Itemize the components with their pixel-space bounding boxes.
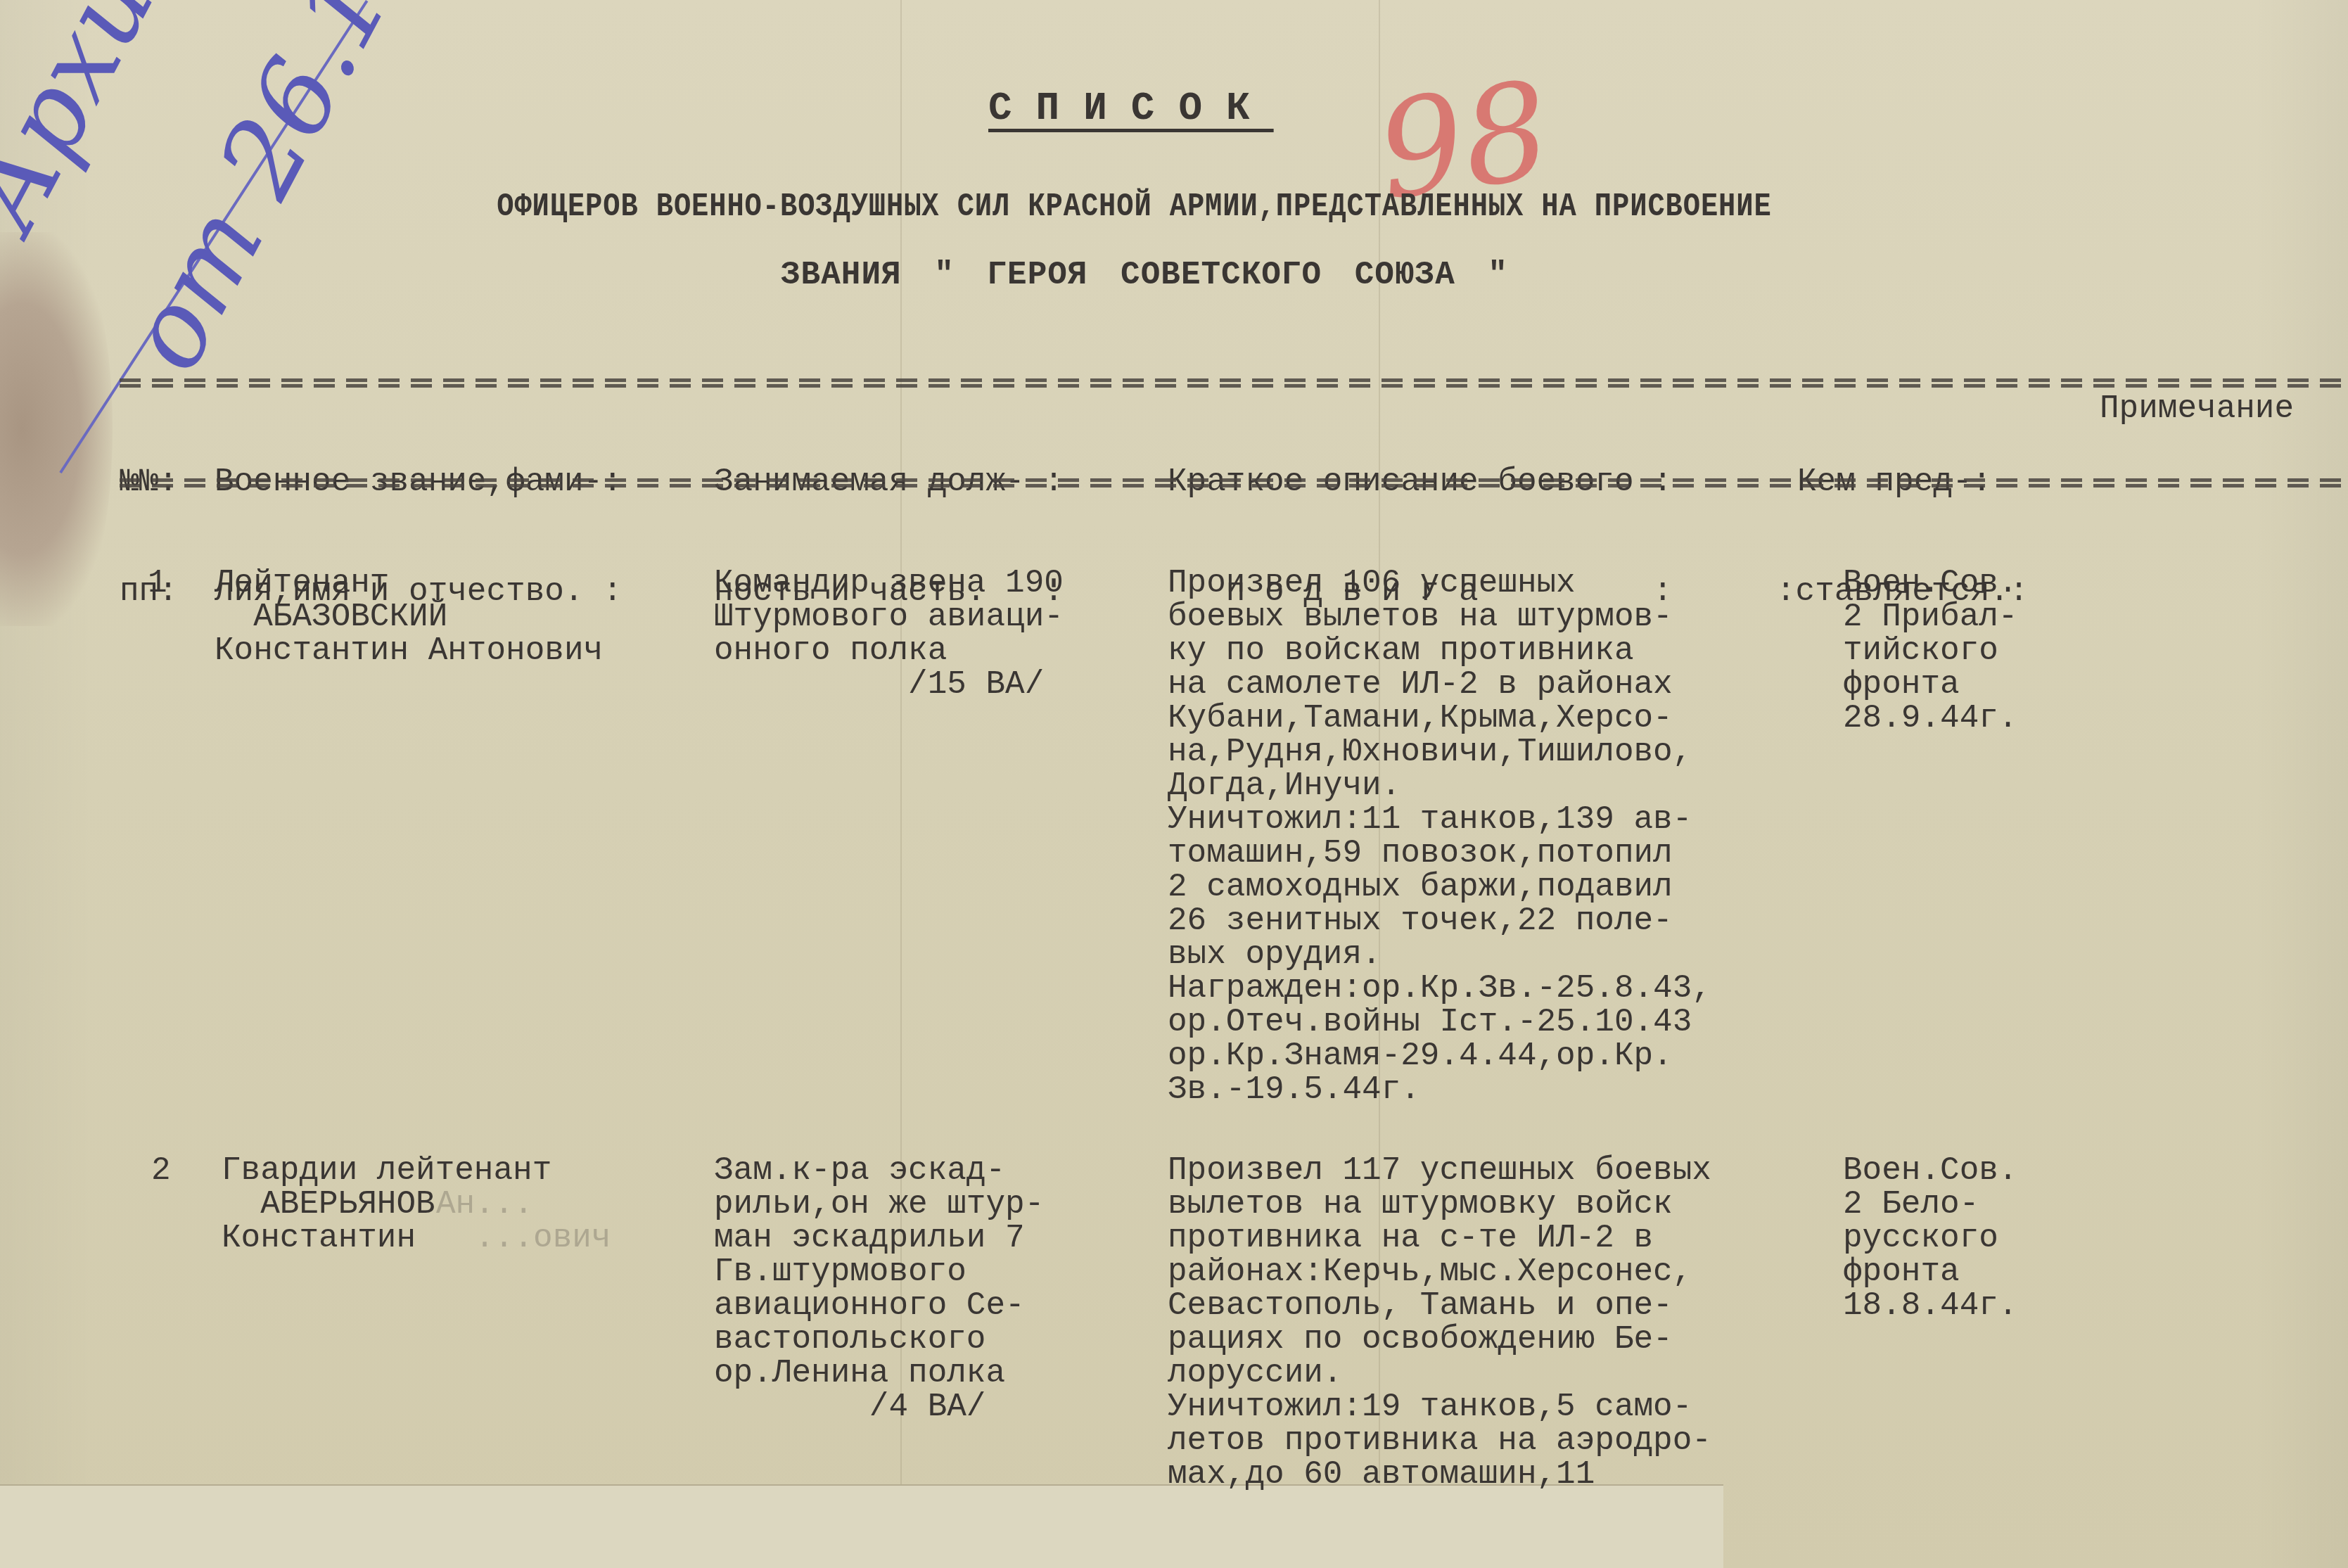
table-row: 2 Гвардии лейтенант АВЕРЬЯНОВ Константин… [0,1154,77,1458]
document-title: СПИСОК [988,86,1274,131]
header-note: Примечание [2100,390,2294,427]
row-description: Произвел 117 успешных боевых вылетов на … [1168,1154,1711,1491]
document-page: Архив от 26.10.19 98 СПИСОК ОФИЦЕРОВ ВОЕ… [0,0,2348,1568]
header-name-line1: Военное звание,фами-: [215,464,623,500]
header-position-line1: Занимаемая долж- : [714,464,1064,500]
table-header-bottom-rule [120,478,2348,482]
table-row: 1 Лейтенант АБАЗОВСКИЙ Константин Антоно… [0,566,77,836]
table-header-top-rule [120,378,2348,382]
header-submitted-by-line1: Кем пред-: [1776,464,2029,500]
row-position: Зам.к-ра эскад- рильи,он же штур- ман эс… [714,1154,1044,1424]
document-subtitle-line2: ЗВАНИЯ " ГЕРОЯ СОВЕТСКОГО СОЮЗА " [781,257,1625,293]
row-position: Командир звена 190 Штурмового авиаци- он… [714,566,1064,701]
row-name: Лейтенант АБАЗОВСКИЙ Константин Антонови… [215,566,603,668]
row-name-faded: Ан... ...ович [436,1187,611,1255]
row-submitted-by: Воен.Сов. 2 Бело- русского фронта 18.8.4… [1843,1154,2017,1322]
underlying-sheet [0,1484,1723,1568]
row-description: Произвел 106 успешных боевых вылетов на … [1168,566,1711,1107]
row-submitted-by: Воен.Сов. 2 Прибал- тийского фронта 28.9… [1843,566,2017,735]
row-number: 1 [148,566,167,600]
header-description-line1: Краткое описание боевого : [1168,464,1673,500]
row-number: 2 [151,1154,171,1187]
document-subtitle-line1: ОФИЦЕРОВ ВОЕННО-ВОЗДУШНЫХ СИЛ КРАСНОЙ АР… [373,189,1896,225]
